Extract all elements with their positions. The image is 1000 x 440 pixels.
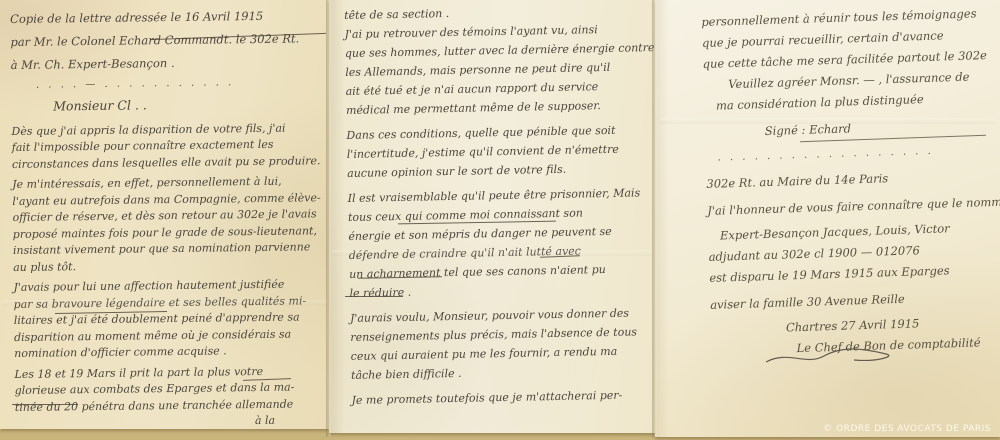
- letter-page-2: tête de sa section . J'ai pu retrouver d…: [329, 0, 655, 433]
- ink-underline: [12, 404, 78, 405]
- signature-flourish: [758, 340, 908, 374]
- handwritten-line: Je me promets toutefois que je m'attache…: [351, 385, 653, 410]
- page-seam: [652, 0, 657, 437]
- page-1-text: Copie de la lettre adressée le 16 Avril …: [10, 4, 327, 432]
- ink-underline: [345, 296, 403, 297]
- letter-page-1: Copie de la lettre adressée le 16 Avril …: [0, 0, 329, 429]
- archive-credit: © ORDRE DES AVOCATS DE PARIS: [823, 424, 991, 434]
- salutation-line: Monsieur Cl . .: [53, 95, 323, 115]
- page-2-text: tête de sa section . J'ai pu retrouver d…: [344, 0, 654, 410]
- dotted-separator: . . . . — . . . . . . . . . . .: [36, 73, 323, 95]
- paper-crease: [332, 250, 652, 256]
- page-seam: [326, 0, 331, 437]
- handwritten-line: au plus tôt.: [13, 256, 325, 276]
- document-scan: Copie de la lettre adressée le 16 Avril …: [0, 0, 1000, 440]
- page-3-text: personnellement à réunir tous les témoig…: [701, 3, 1000, 362]
- handwritten-line: nomination d'officier comme acquise .: [14, 342, 326, 362]
- handwritten-line: par Mr. le Colonel Echard Commandt. le 3…: [10, 27, 322, 54]
- handwritten-line: 302e Rt. au Maire du 14e Paris: [706, 165, 999, 195]
- paper-crease: [660, 118, 995, 124]
- dotted-separator: . . . . . . . . . . . . . . . . . .: [717, 141, 997, 168]
- handwritten-line: circonstances dans lesquelles elle avait…: [12, 153, 324, 173]
- paper-crease: [2, 300, 326, 306]
